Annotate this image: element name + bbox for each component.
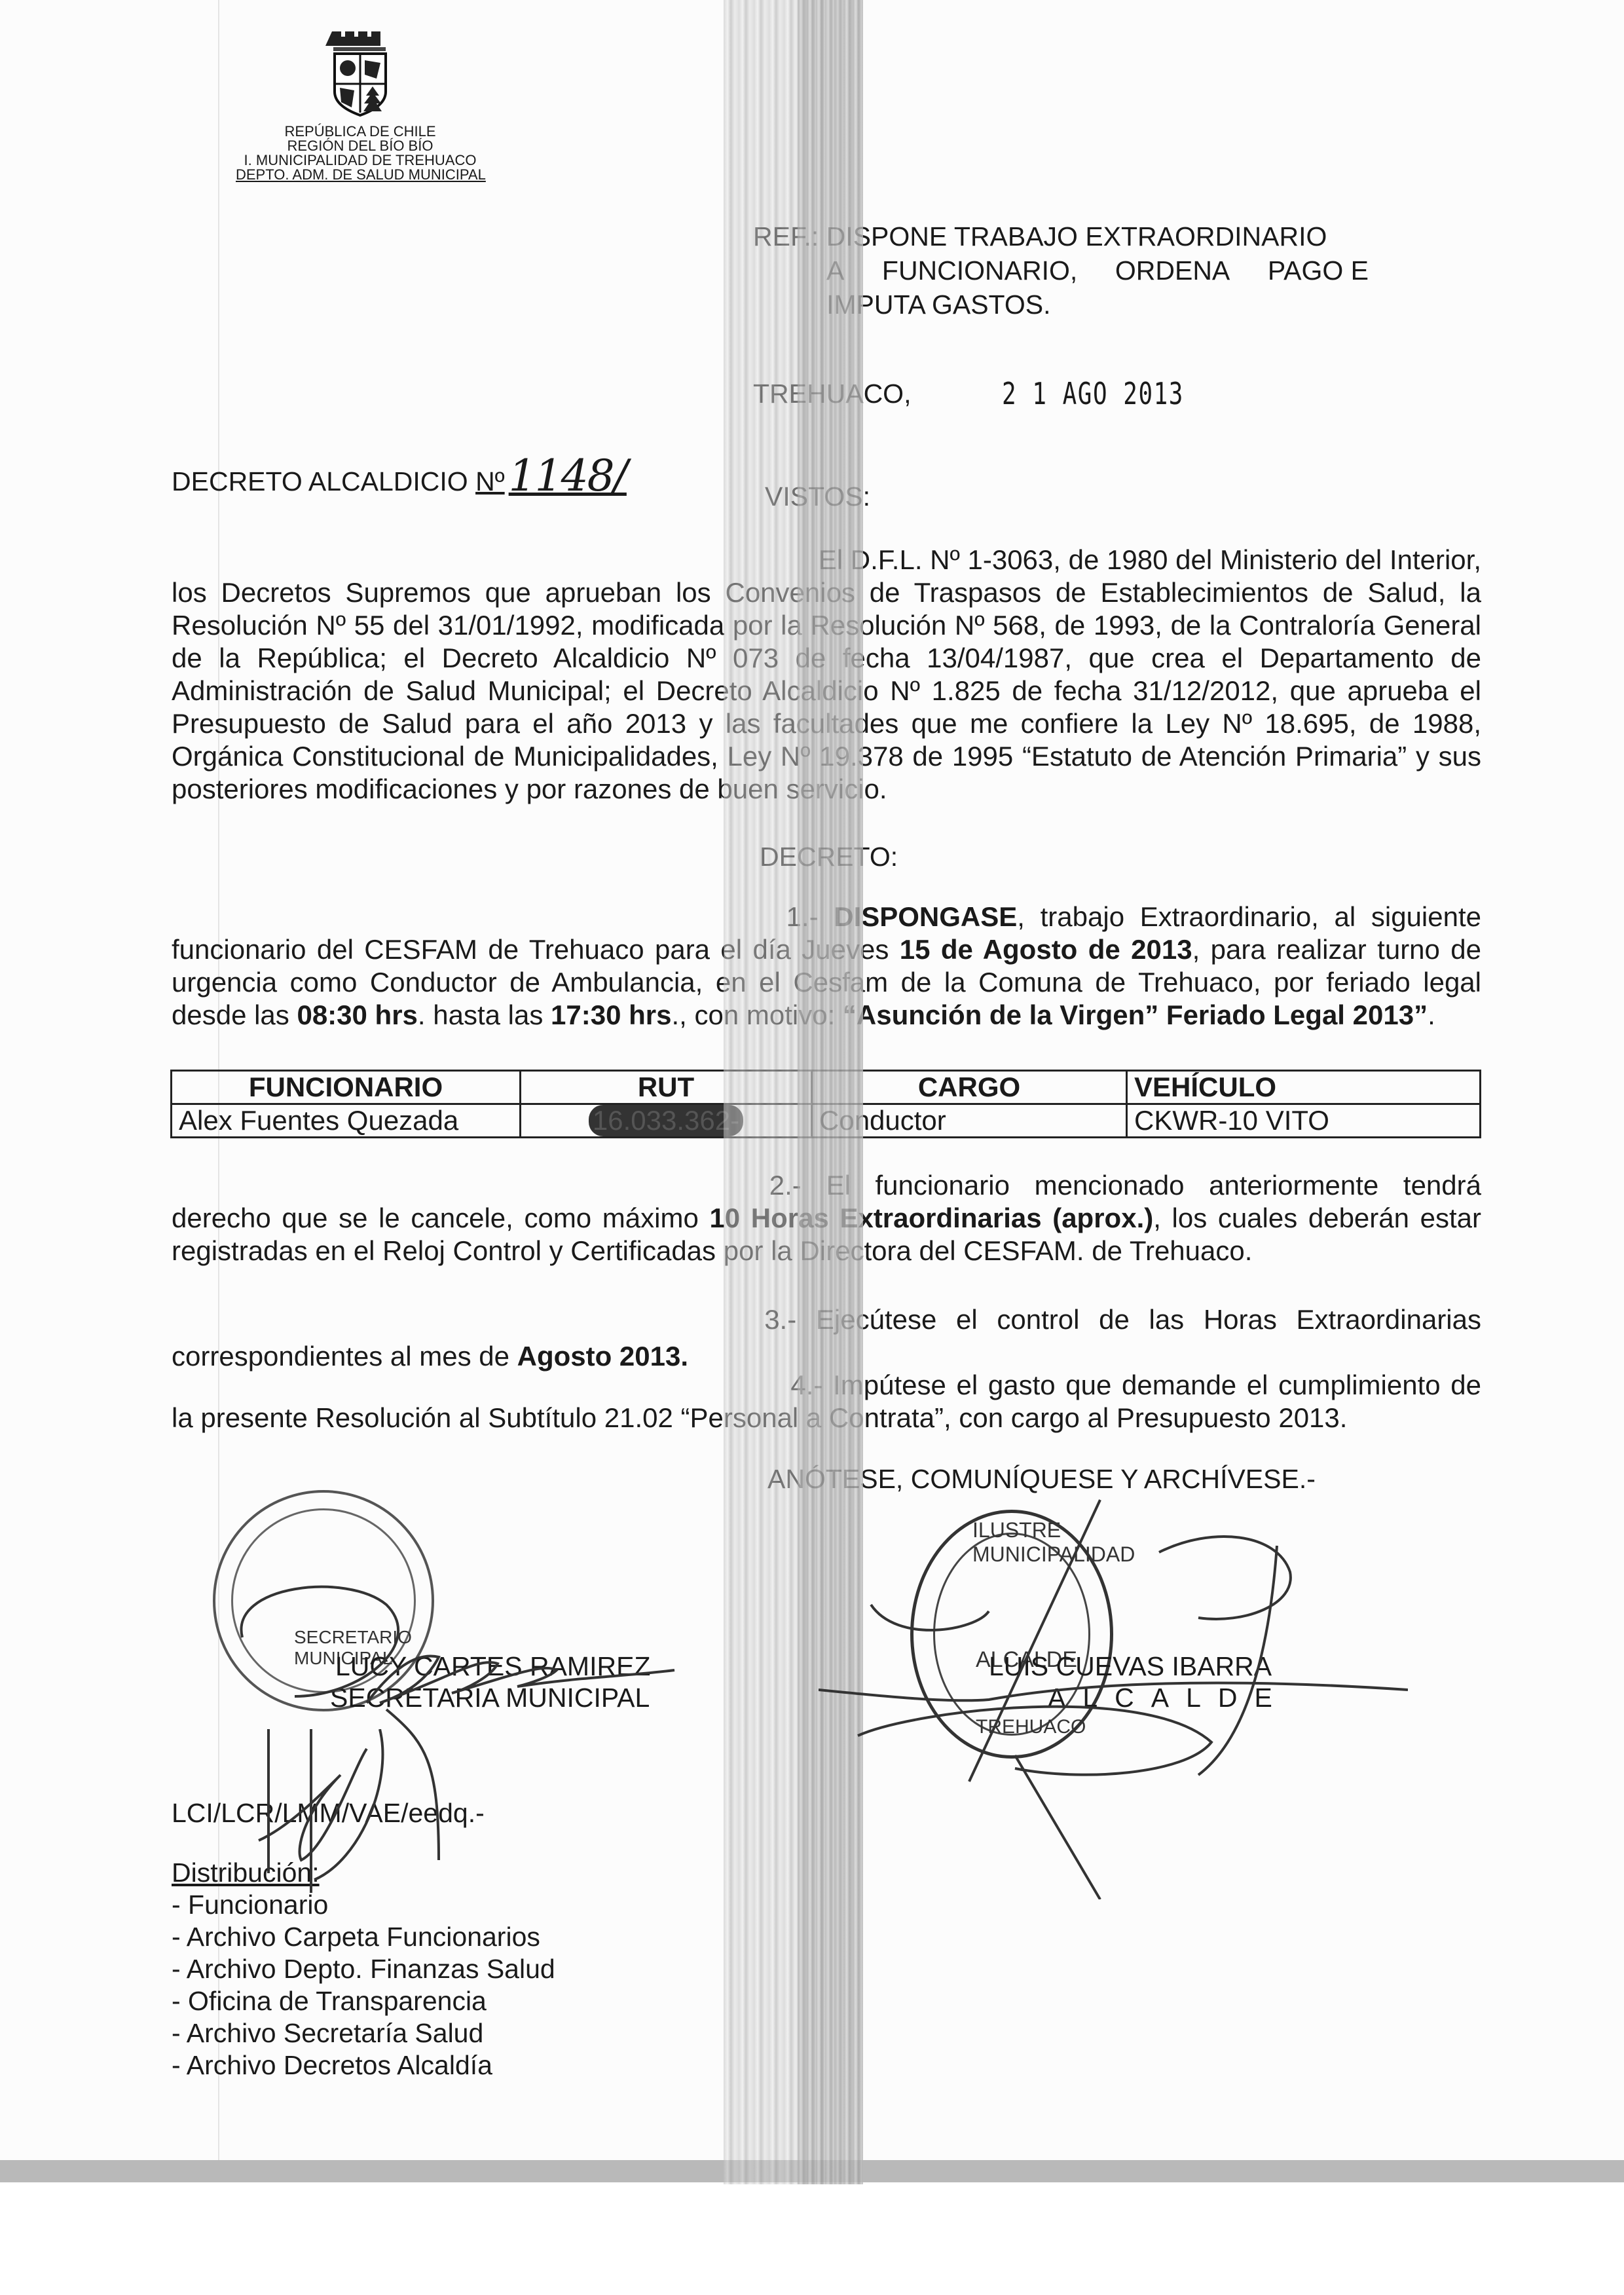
item-number: 4.- — [790, 1370, 822, 1400]
col-header: RUT — [521, 1071, 812, 1104]
header-line: REGIÓN DEL BÍO BÍO — [236, 139, 485, 153]
decree-title: DECRETO ALCALDICIO Nº1148/ — [172, 451, 627, 501]
mayor-title: ALCALDE — [1048, 1682, 1289, 1713]
item-number: 3.- — [764, 1304, 796, 1335]
vistos-label: VISTOS: — [765, 481, 870, 512]
item-text: El funcionario mencionado anteriormente … — [826, 1170, 1481, 1201]
item-text: funcionario del CESFAM de Trehuaco para … — [172, 934, 900, 965]
list-item: - Archivo Carpeta Funcionarios — [172, 1921, 555, 1953]
table-row: Alex Fuentes Quezada 16.033.362- Conduct… — [172, 1104, 1481, 1138]
ref-word: A — [826, 253, 844, 288]
item-text: . — [1428, 999, 1435, 1030]
item-text: Ejecútese el control de las Horas Extrao… — [816, 1304, 1481, 1335]
secretary-signatory: LUCY CARTES RAMIREZ SECRETARIA MUNICIPAL — [335, 1651, 650, 1713]
cell-name: Alex Fuentes Quezada — [172, 1104, 521, 1138]
item-text: correspondientes al mes de — [172, 1341, 517, 1371]
item-text: derecho que se le cancele, como máximo — [172, 1203, 709, 1233]
start-time: 08:30 hrs — [297, 999, 417, 1030]
item-text: ., con motivo: — [671, 999, 842, 1030]
distribution-list: Distribución: - Funcionario - Archivo Ca… — [172, 1857, 555, 2081]
vistos-lead: El D.F.L. Nº 1-3063, de 1980 del Ministe… — [172, 544, 1481, 576]
secretary-title: SECRETARIA MUNICIPAL — [330, 1682, 650, 1713]
stamp-bottom-text: TREHUACO — [976, 1716, 1086, 1738]
list-item: - Funcionario — [172, 1889, 555, 1921]
decree-item-1: 1.- DISPONGASE, trabajo Extraordinario, … — [172, 901, 1481, 1032]
item-verb: DISPONGASE — [834, 901, 1017, 932]
item-text: la presente Resolución al Subtítulo 21.0… — [172, 1402, 1481, 1434]
work-date: 15 de Agosto de 2013 — [900, 934, 1192, 965]
vistos-body: los Decretos Supremos que aprueban los C… — [172, 576, 1481, 806]
end-time: 17:30 hrs — [551, 999, 671, 1030]
item-number: 2.- — [769, 1170, 802, 1201]
stamp-ring-text: ILUSTRE MUNICIPALIDAD — [972, 1518, 1135, 1567]
list-item: - Archivo Secretaría Salud — [172, 2017, 555, 2049]
ref-word: PAGO E — [1268, 253, 1369, 288]
list-item: - Archivo Depto. Finanzas Salud — [172, 1953, 555, 1985]
cell-rut: 16.033.362- — [521, 1104, 812, 1138]
month: Agosto 2013. — [517, 1341, 688, 1371]
letterhead: REPÚBLICA DE CHILE REGIÓN DEL BÍO BÍO I.… — [236, 26, 485, 182]
scan-bottom-edge — [0, 2160, 1624, 2182]
cell-cargo: Conductor — [812, 1104, 1127, 1138]
item-text: . hasta las — [418, 999, 551, 1030]
header-line: I. MUNICIPALIDAD DE TREHUACO — [236, 153, 485, 168]
decree-number: 1148/ — [509, 451, 627, 501]
ref-line-1: DISPONE TRABAJO EXTRAORDINARIO — [826, 221, 1327, 252]
mayor-signatory: LUIS CUEVAS IBARRA ALCALDE — [989, 1651, 1289, 1713]
header-line: DEPTO. ADM. DE SALUD MUNICIPAL — [236, 168, 485, 182]
coat-of-arms-icon — [324, 26, 396, 118]
col-header: VEHÍCULO — [1127, 1071, 1481, 1104]
decree-item-4: 4.- Impútese el gasto que demande el cum… — [172, 1369, 1481, 1434]
table-header-row: FUNCIONARIO RUT CARGO VEHÍCULO — [172, 1071, 1481, 1104]
date-stamp: 2 1 AGO 2013 — [1002, 376, 1184, 411]
redacted-rut: 16.033.362- — [589, 1105, 743, 1136]
secretary-name: LUCY CARTES RAMIREZ — [335, 1651, 650, 1682]
distribution-title: Distribución: — [172, 1857, 555, 1889]
header-line: REPÚBLICA DE CHILE — [236, 124, 485, 139]
decreto-label: DECRETO: — [760, 842, 898, 872]
ref-word: FUNCIONARIO, — [882, 253, 1077, 288]
staff-table: FUNCIONARIO RUT CARGO VEHÍCULO Alex Fuen… — [170, 1070, 1481, 1138]
ref-word: ORDENA — [1115, 253, 1230, 288]
list-item: - Oficina de Transparencia — [172, 1985, 555, 2017]
place: TREHUACO, — [753, 379, 911, 409]
mayor-stamp: ILUSTRE MUNICIPALIDAD ALCALDE TREHUACO — [910, 1510, 1113, 1759]
item-number: 1.- — [786, 901, 819, 932]
ref-label: REF.: — [753, 221, 819, 252]
col-header: FUNCIONARIO — [172, 1071, 521, 1104]
decree-number-prefix: Nº — [475, 466, 505, 496]
decree-title-text: DECRETO ALCALDICIO — [172, 466, 468, 496]
item-text: Impútese el gasto que demande el cumplim… — [833, 1370, 1481, 1400]
typist-initials: LCI/LCR/LMM/VAE/eedq.- — [172, 1798, 485, 1829]
decree-item-3: 3.- Ejecútese el control de las Horas Ex… — [172, 1303, 1481, 1373]
mayor-name: LUIS CUEVAS IBARRA — [989, 1651, 1289, 1682]
ref-line-3: IMPUTA GASTOS. — [753, 288, 1369, 322]
list-item: - Archivo Decretos Alcaldía — [172, 2049, 555, 2081]
holiday-reason: “Asunción de la Virgen” Feriado Legal 20… — [843, 999, 1428, 1030]
cell-vehicle: CKWR-10 VITO — [1127, 1104, 1481, 1138]
col-header: CARGO — [812, 1071, 1127, 1104]
closing-formula: ANÓTESE, COMUNÍQUESE Y ARCHÍVESE.- — [767, 1464, 1316, 1495]
item-text: , trabajo Extraordinario, al siguiente — [1017, 901, 1481, 932]
vistos-paragraph: El D.F.L. Nº 1-3063, de 1980 del Ministe… — [172, 544, 1481, 806]
reference-block: REF.: DISPONE TRABAJO EXTRAORDINARIO A F… — [753, 219, 1369, 322]
decree-item-2: 2.- El funcionario mencionado anteriorme… — [172, 1169, 1481, 1267]
max-hours: 10 Horas Extraordinarias (aprox.) — [709, 1203, 1153, 1233]
